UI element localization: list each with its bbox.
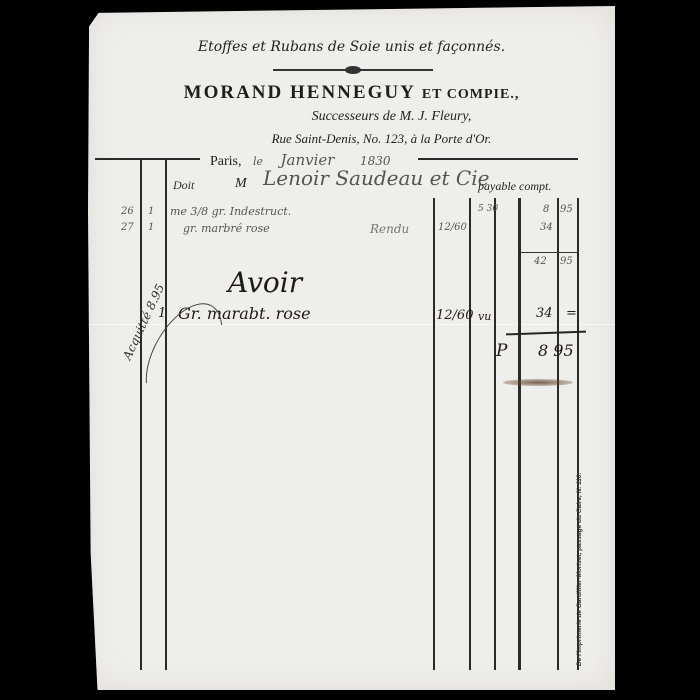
header-rule-left (95, 158, 200, 160)
column-line (469, 198, 471, 670)
column-line (557, 198, 559, 670)
subtotal-francs: 42 (534, 256, 547, 267)
balance-amount: 8 95 (538, 341, 574, 360)
column-line (518, 198, 521, 670)
subtotal-centimes: 95 (560, 256, 573, 267)
subtotal-rule (518, 252, 578, 253)
column-line (433, 198, 435, 670)
item-2-no: 27 (121, 222, 134, 233)
printer-imprint: De l'Imprimerie de Gardillier-Moriset, p… (576, 473, 583, 666)
address-line: Rue Saint-Denis, No. 123, à la Porte d'O… (88, 131, 615, 147)
successors-line: Successeurs de M. J. Fleury, (88, 109, 615, 125)
item-1-no: 26 (121, 206, 134, 217)
invoice-paper: Etoffes et Rubans de Soie unis et façonn… (88, 6, 615, 690)
m-label: M (235, 176, 247, 192)
item-1-price: 12/60 (438, 222, 467, 233)
ink-smear (503, 379, 573, 386)
column-line (165, 158, 167, 670)
company-name-main: MORAND HENNEGUY (184, 82, 415, 103)
item-1-description: me 3/8 gr. Indestruct. (170, 205, 291, 218)
company-suffix: ET COMPIE., (422, 87, 519, 102)
dateline-le: le (253, 155, 263, 168)
letterhead-tagline: Etoffes et Rubans de Soie unis et façonn… (88, 39, 615, 55)
header-rule-right (418, 158, 578, 160)
item-1-note: Rendu (370, 222, 409, 236)
column-line (494, 198, 496, 670)
item-1-francs: 8 (543, 204, 549, 215)
item-1-qty: 1 (148, 206, 154, 217)
credit-amount-francs: 34 (536, 306, 553, 321)
addressee-name: Lenoir Saudeau et Cie (263, 166, 489, 190)
dateline-city: Paris, (210, 154, 242, 169)
credit-qty: 1 (158, 306, 166, 321)
ornament-divider (273, 69, 433, 71)
item-2-qty: 1 (148, 222, 154, 233)
company-name: MORAND HENNEGUY ET COMPIE., (88, 82, 615, 104)
item-1-centimes: 95 (560, 204, 573, 215)
item-2-francs: 34 (540, 222, 553, 233)
item-2-description: gr. marbré rose (183, 222, 270, 235)
balance-mark: P (496, 341, 507, 361)
credit-heading: Avoir (228, 266, 302, 299)
column-line (140, 158, 142, 670)
payable-label: payable compt. (478, 179, 551, 194)
doit-label: Doit (173, 178, 194, 193)
credit-amount-suffix: = (566, 306, 577, 321)
credit-price-note: vu (478, 310, 491, 323)
item-1-aunes: 5 30 (478, 204, 498, 214)
credit-price: 12/60 (436, 308, 473, 323)
